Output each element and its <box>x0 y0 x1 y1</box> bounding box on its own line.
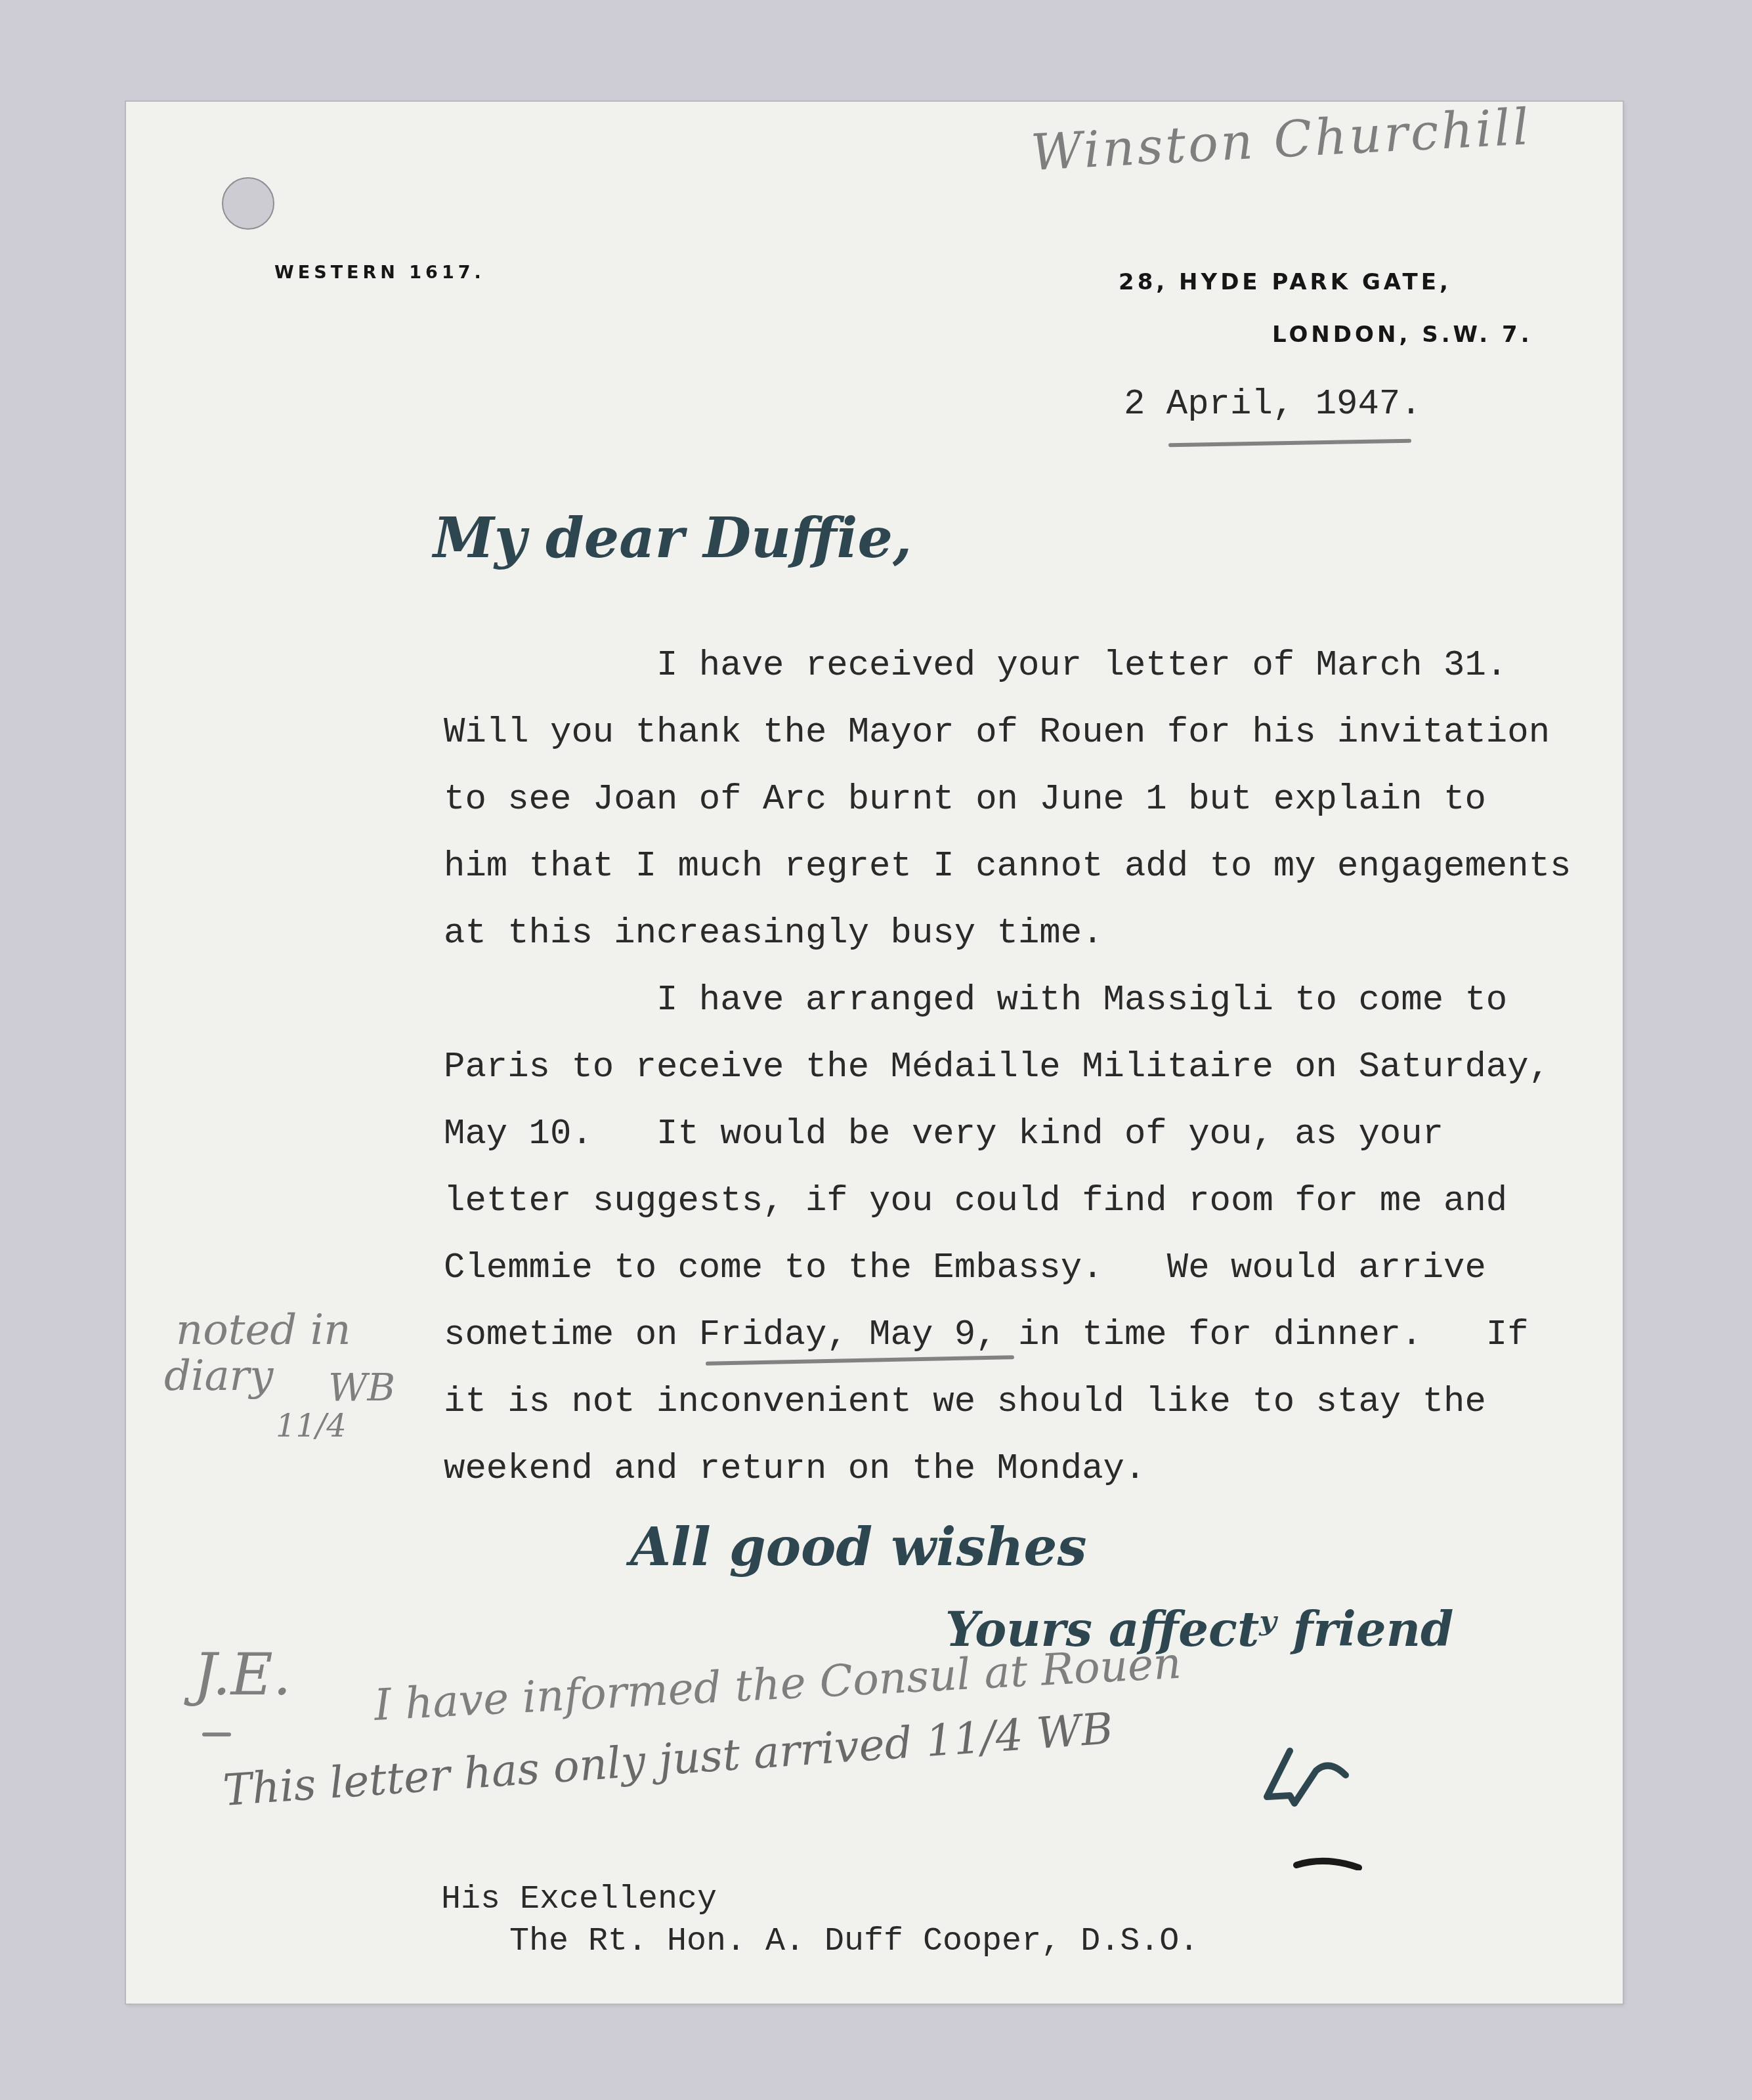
margin-note-date: 11/4 <box>276 1408 347 1444</box>
body-line: at this increasingly busy time. <box>444 911 1571 978</box>
body-line: May 10. It would be very kind of you, as… <box>444 1112 1571 1179</box>
closing-wishes: All good wishes <box>630 1516 1087 1578</box>
addressee-line-1: His Excellency <box>441 1881 717 1918</box>
signature-mark <box>1260 1739 1405 1870</box>
margin-note-initials: WB <box>328 1365 395 1410</box>
body-line: it is not inconvenient we should like to… <box>444 1379 1571 1446</box>
letter-body: I have received your letter of March 31.… <box>444 643 1571 1513</box>
signature-icon <box>1260 1739 1405 1870</box>
address-line-2: LONDON, S.W. 7. <box>1272 322 1533 348</box>
initials-annotation: J.E. <box>194 1641 291 1708</box>
address-line-1: 28, HYDE PARK GATE, <box>1119 269 1451 295</box>
body-line: Paris to receive the Médaille Militaire … <box>444 1045 1571 1112</box>
body-line: letter suggests, if you could find room … <box>444 1179 1571 1246</box>
body-line: weekend and return on the Monday. <box>444 1446 1571 1513</box>
punch-hole <box>222 177 274 230</box>
body-line: I have arranged with Massigli to come to <box>444 978 1571 1045</box>
letter-date: 2 April, 1947. <box>1124 385 1422 425</box>
body-line: Clemmie to come to the Embassy. We would… <box>444 1246 1571 1312</box>
addressee-line-2: The Rt. Hon. A. Duff Cooper, D.S.O. <box>509 1923 1199 1960</box>
body-line: sometime on Friday, May 9, in time for d… <box>444 1312 1571 1379</box>
salutation: My dear Duffie, <box>433 505 912 570</box>
telephone-number: WESTERN 1617. <box>274 262 485 283</box>
margin-note-line-1: noted in <box>176 1306 351 1354</box>
margin-note-line-2: diary <box>164 1352 273 1400</box>
body-line: him that I much regret I cannot add to m… <box>444 844 1571 911</box>
initials-underline <box>202 1732 231 1736</box>
body-line: Will you thank the Mayor of Rouen for hi… <box>444 710 1571 777</box>
body-line: I have received your letter of March 31. <box>444 643 1571 710</box>
body-line: to see Joan of Arc burnt on June 1 but e… <box>444 777 1571 844</box>
